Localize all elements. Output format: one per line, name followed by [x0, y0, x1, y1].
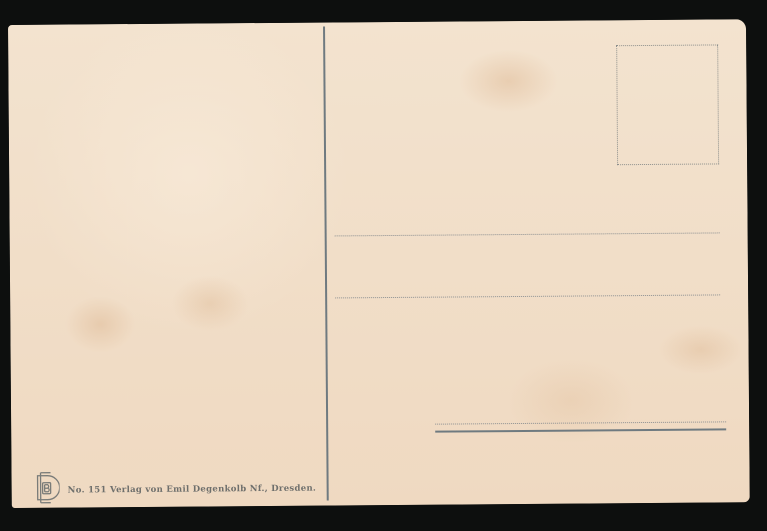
address-line-3 — [435, 421, 726, 424]
publisher-imprint: No. 151 Verlag von Emil Degenkolb Nf., D… — [33, 468, 316, 506]
imprint-text: No. 151 Verlag von Emil Degenkolb Nf., D… — [68, 484, 317, 496]
postcard-back: No. 151 Verlag von Emil Degenkolb Nf., D… — [8, 19, 750, 508]
address-line-2 — [335, 294, 720, 298]
address-underline — [435, 428, 726, 432]
address-line-1 — [335, 232, 720, 236]
stamp-placeholder-box — [616, 44, 719, 165]
edb-monogram-icon — [33, 470, 59, 506]
center-divider-line — [323, 27, 329, 501]
